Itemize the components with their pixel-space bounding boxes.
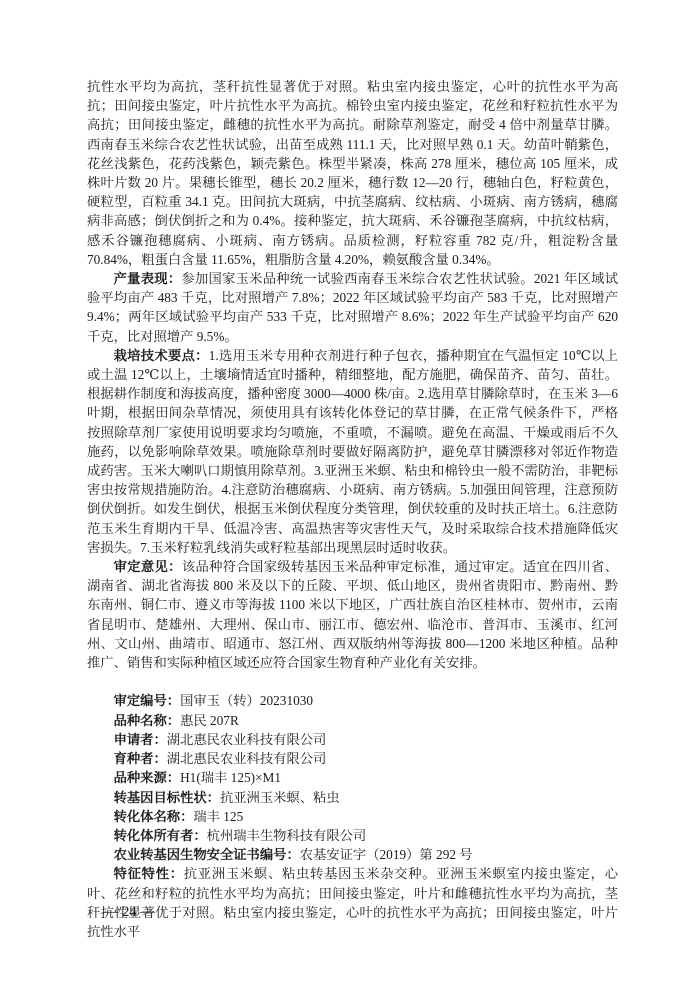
field-variety-origin: 品种来源：H1(瑞丰 125)×M1 [87,768,618,787]
paragraph-approval-opinion: 审定意见：该品种符合国家级转基因玉米品种审定标准，通过审定。适宜在四川省、湖南省… [87,557,618,672]
section-label-cultivation-points: 栽培技术要点： [114,348,209,363]
paragraph-yield-performance: 产量表现：参加国家玉米品种统一试验西南春玉米综合农艺性状试验。2021 年区域试… [87,269,618,346]
field-transgenic-target-trait: 转基因目标性状：抗亚洲玉米螟、粘虫 [87,788,618,807]
field-value-transformation-event-name: 瑞丰 125 [193,809,243,824]
field-biosafety-certificate-number: 农业转基因生物安全证书编号：农基安证字（2019）第 292 号 [87,845,618,864]
field-value-transgenic-target-trait: 抗亚洲玉米螟、粘虫 [220,790,340,805]
field-transformation-event-owner: 转化体所有者：杭州瑞丰生物科技有限公司 [87,826,618,845]
section-label-approval-opinion: 审定意见： [114,559,182,574]
section-label-yield-performance: 产量表现： [114,271,182,286]
field-approval-number: 审定编号：国审玉（转）20231030 [87,691,618,710]
field-label-variety-name: 品种名称： [114,713,180,728]
field-label-transgenic-target-trait: 转基因目标性状： [114,790,220,805]
field-value-biosafety-certificate-number: 农基安证字（2019）第 292 号 [300,847,473,862]
paragraph-resistance-continuation: 抗性水平均为高抗，茎秆抗性显著优于对照。粘虫室内接虫鉴定，心叶的抗性水平为高抗；… [87,77,618,269]
section-gap [87,672,618,691]
field-value-variety-name: 惠民 207R [180,713,239,728]
field-transformation-event-name: 转化体名称：瑞丰 125 [87,807,618,826]
document-body: 抗性水平均为高抗，茎秆抗性显著优于对照。粘虫室内接虫鉴定，心叶的抗性水平为高抗；… [87,77,618,941]
field-value-variety-origin: H1(瑞丰 125)×M1 [180,770,281,785]
document-page: 抗性水平均为高抗，茎秆抗性显著优于对照。粘虫室内接虫鉴定，心叶的抗性水平为高抗；… [0,0,700,990]
field-label-transformation-event-name: 转化体名称： [114,809,194,824]
field-value-breeder: 湖北惠民农业科技有限公司 [167,751,327,766]
field-value-applicant: 湖北惠民农业科技有限公司 [167,732,327,747]
section-text-approval-opinion: 该品种符合国家级转基因玉米品种审定标准，通过审定。适宜在四川省、湖南省、湖北省海… [87,559,618,670]
field-applicant: 申请者：湖北惠民农业科技有限公司 [87,730,618,749]
field-label-biosafety-certificate-number: 农业转基因生物安全证书编号： [114,847,300,862]
field-label-breeder: 育种者： [114,751,167,766]
field-label-transformation-event-owner: 转化体所有者： [114,828,207,843]
field-label-applicant: 申请者： [114,732,167,747]
field-variety-name: 品种名称：惠民 207R [87,711,618,730]
field-value-transformation-event-owner: 杭州瑞丰生物科技有限公司 [207,828,367,843]
field-breeder: 育种者：湖北惠民农业科技有限公司 [87,749,618,768]
page-number: — 24 — [104,901,155,923]
field-label-variety-origin: 品种来源： [114,770,180,785]
field-value-approval-number: 国审玉（转）20231030 [180,693,313,708]
paragraph-cultivation-points: 栽培技术要点：1.选用玉米专用种衣剂进行种子包衣，播种期宜在气温恒定 10℃以上… [87,346,618,557]
field-label-approval-number: 审定编号： [114,693,180,708]
paragraph-characteristics: 特征特性：抗亚洲玉米螟、粘虫转基因玉米杂交种。亚洲玉米螟室内接虫鉴定，心叶、花丝… [87,864,618,941]
section-text-cultivation-points: 1.选用玉米专用种衣剂进行种子包衣，播种期宜在气温恒定 10℃以上或土温 12℃… [87,348,618,555]
section-label-characteristics: 特征特性： [114,866,184,881]
